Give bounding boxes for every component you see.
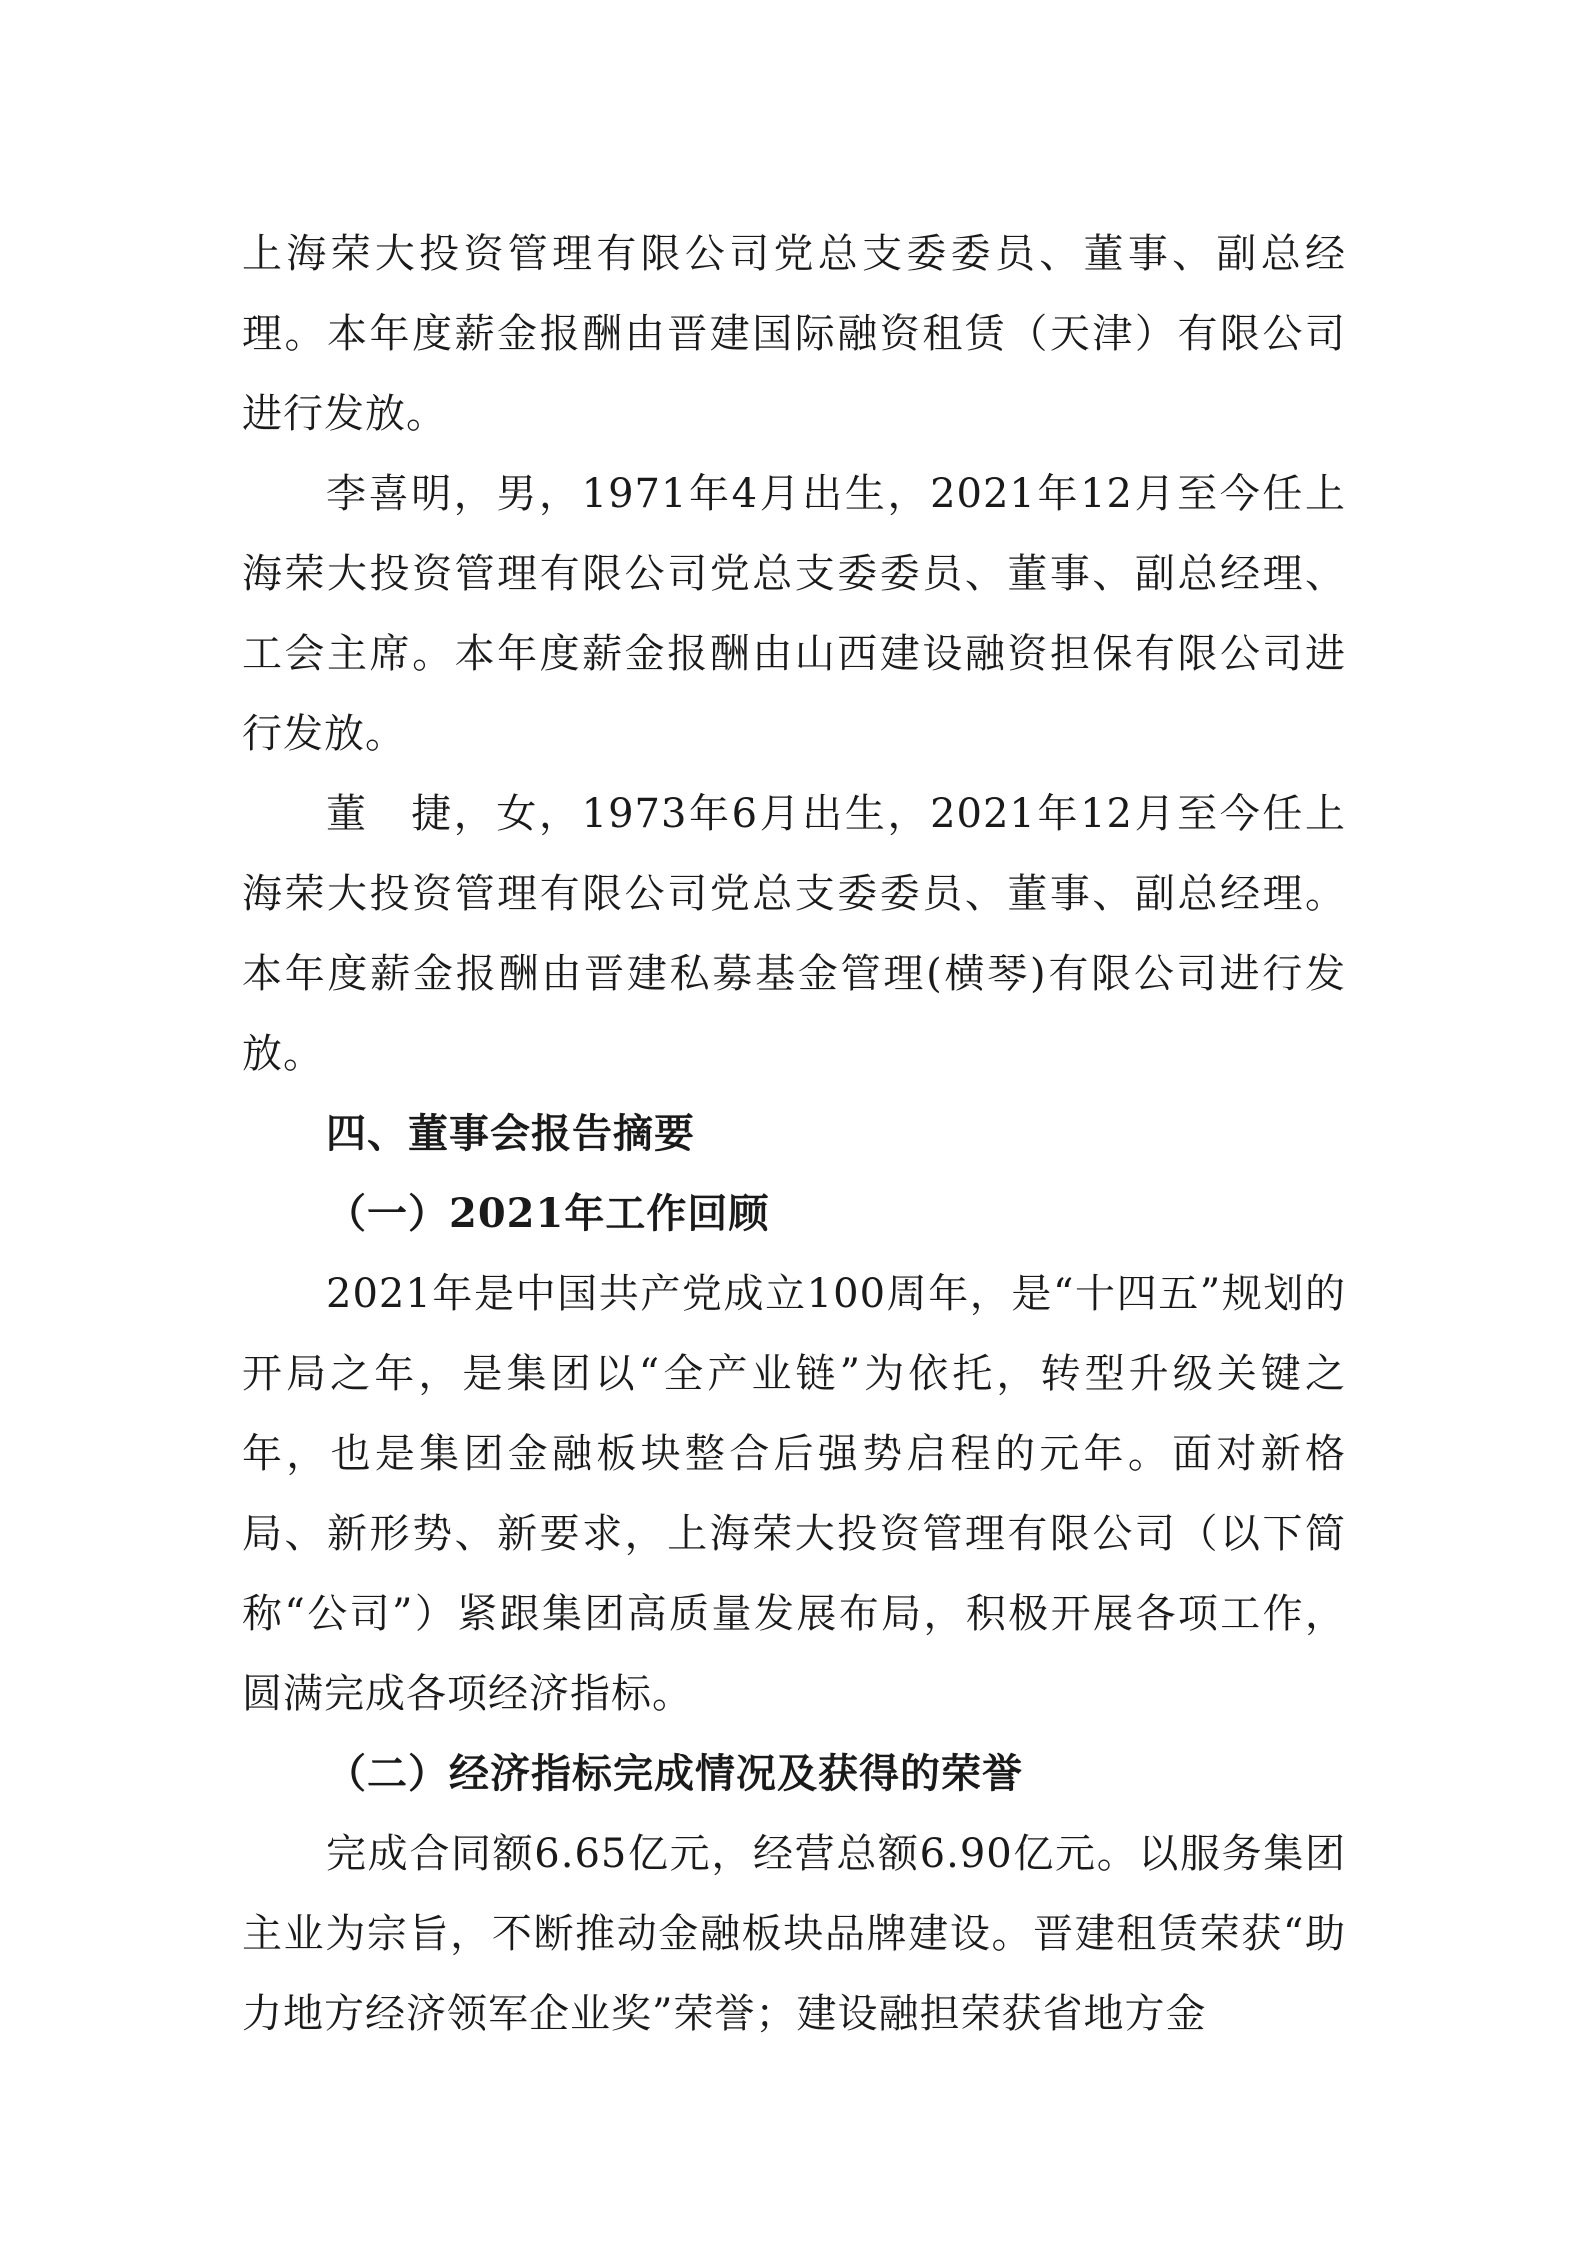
document-page: 上海荣大投资管理有限公司党总支委委员、董事、副总经理。本年度薪金报酬由晋建国际融… <box>242 214 1346 2054</box>
subheading-work-review: （一）2021年工作回顾 <box>242 1174 1346 1254</box>
section-heading-board-report: 四、董事会报告摘要 <box>242 1094 1346 1174</box>
paragraph-bio-li-ximing: 李喜明，男，1971年4月出生，2021年12月至今任上海荣大投资管理有限公司党… <box>242 454 1346 774</box>
paragraph-work-review: 2021年是中国共产党成立100周年，是“十四五”规划的开局之年，是集团以“全产… <box>242 1254 1346 1734</box>
paragraph-continued-bio: 上海荣大投资管理有限公司党总支委委员、董事、副总经理。本年度薪金报酬由晋建国际融… <box>242 214 1346 454</box>
paragraph-bio-dong-jie: 董 捷，女，1973年6月出生，2021年12月至今任上海荣大投资管理有限公司党… <box>242 774 1346 1094</box>
paragraph-economic-indicators: 完成合同额6.65亿元，经营总额6.90亿元。以服务集团主业为宗旨，不断推动金融… <box>242 1814 1346 2054</box>
subheading-economic-indicators: （二）经济指标完成情况及获得的荣誉 <box>242 1734 1346 1814</box>
